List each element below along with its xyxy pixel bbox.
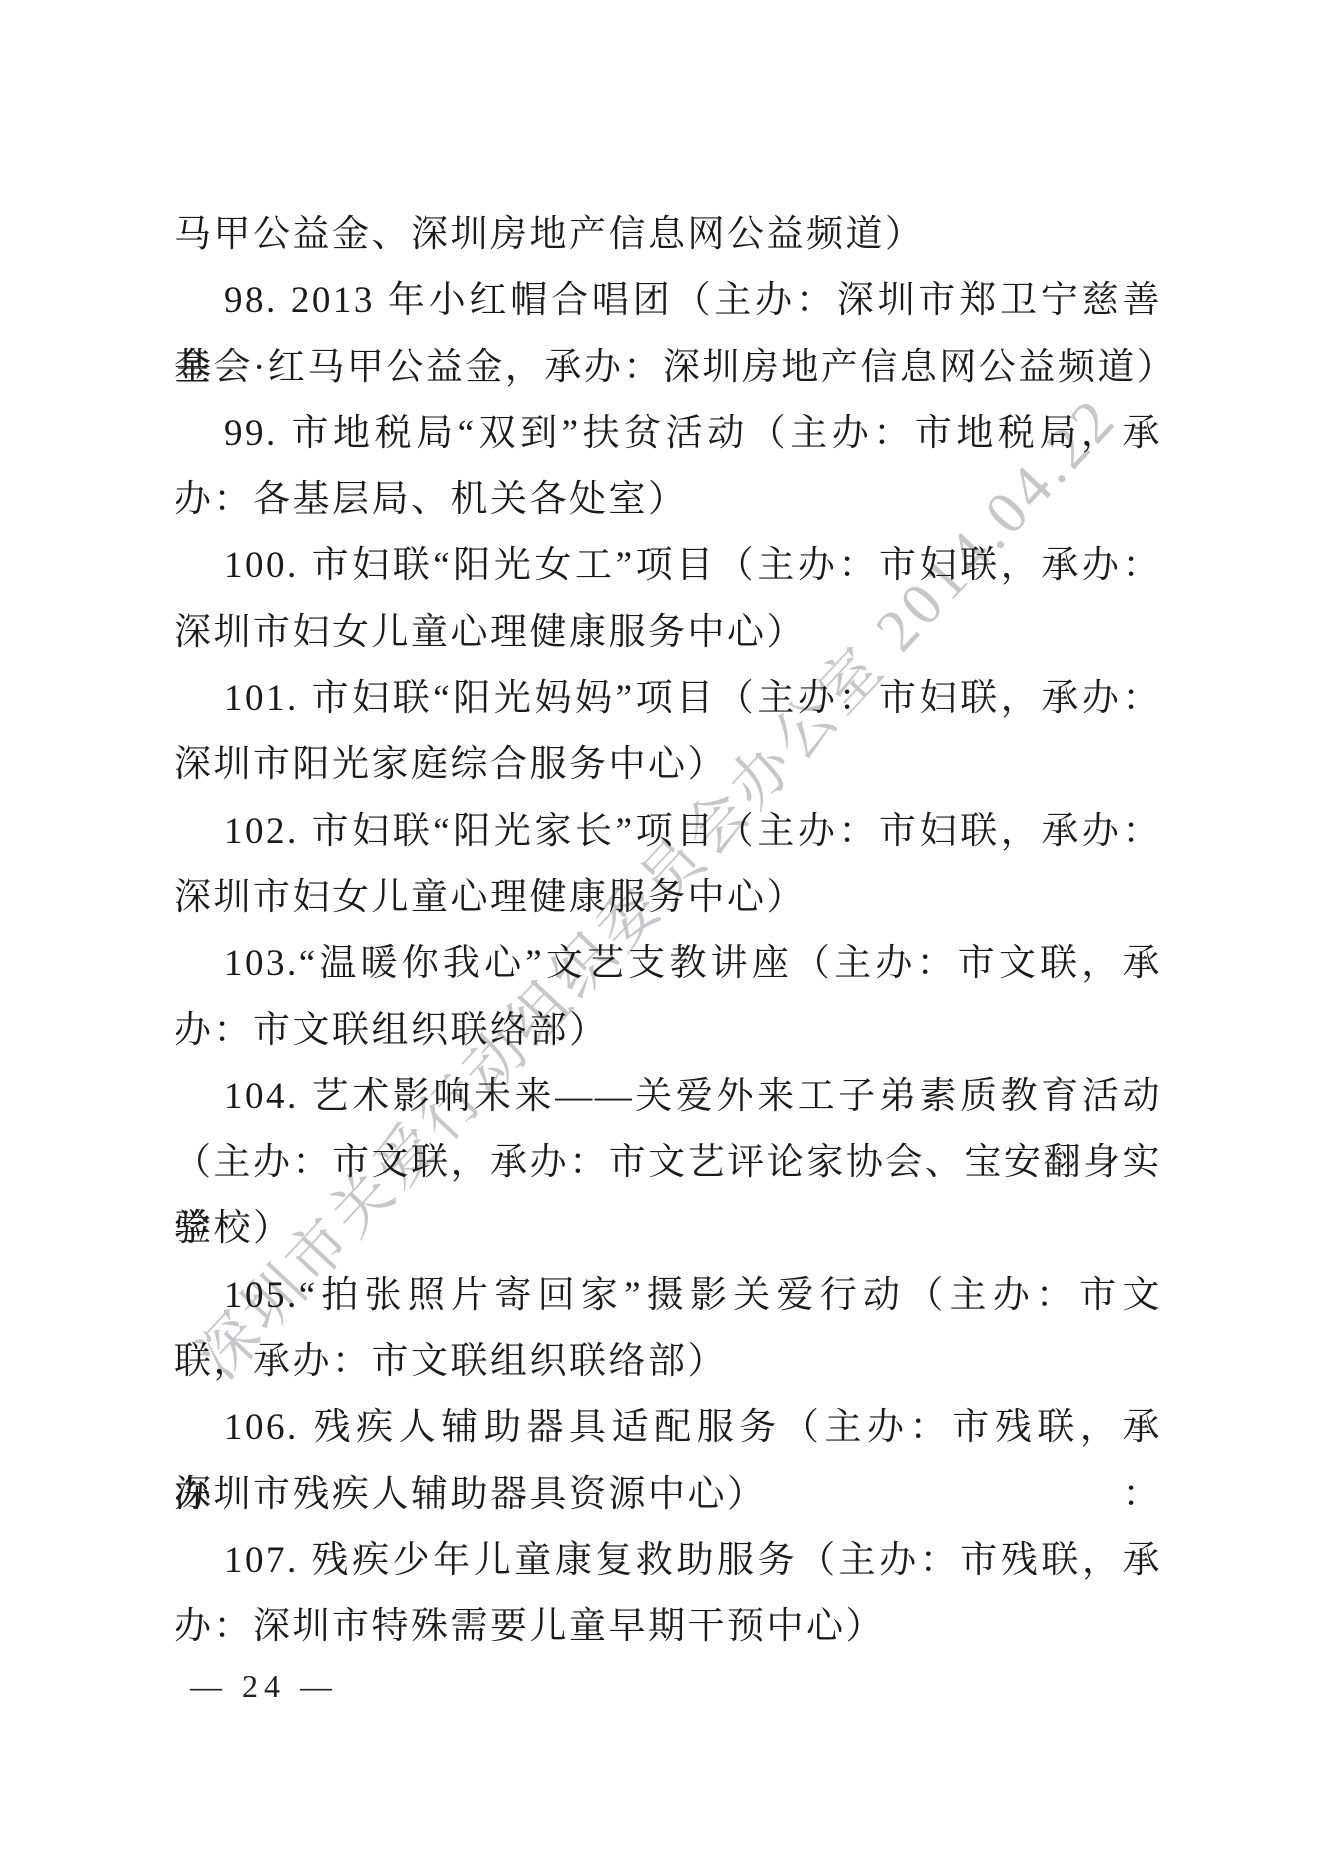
text-line: 深圳市妇女儿童心理健康服务中心） — [174, 600, 1162, 666]
text-line: 100. 市妇联“阳光女工”项目（主办：市妇联，承办： — [174, 533, 1162, 599]
text-line: 107. 残疾少年儿童康复救助服务（主办：市残联，承 — [174, 1528, 1162, 1594]
text-line: 104. 艺术影响未来——关爱外来工子弟素质教育活动 — [174, 1064, 1162, 1130]
page-number: — 24 — — [190, 1668, 338, 1705]
text-line: 学校） — [174, 1196, 1162, 1262]
text-line: 金会·红马甲公益金，承办：深圳房地产信息网公益频道） — [174, 335, 1162, 401]
text-line: （主办：市文联，承办：市文艺评论家协会、宝安翻身实验 — [174, 1130, 1162, 1196]
text-line: 98. 2013 年小红帽合唱团（主办：深圳市郑卫宁慈善基 — [174, 268, 1162, 334]
text-line: 101. 市妇联“阳光妈妈”项目（主办：市妇联，承办： — [174, 666, 1162, 732]
text-line: 102. 市妇联“阳光家长”项目（主办：市妇联，承办： — [174, 799, 1162, 865]
document-body: 马甲公益金、深圳房地产信息网公益频道）98. 2013 年小红帽合唱团（主办：深… — [174, 202, 1162, 1661]
text-line: 深圳市妇女儿童心理健康服务中心） — [174, 865, 1162, 931]
text-line: 联，承办：市文联组织联络部） — [174, 1329, 1162, 1395]
text-line: 103.“温暖你我心”文艺支教讲座（主办：市文联，承 — [174, 931, 1162, 997]
text-line: 105.“拍张照片寄回家”摄影关爱行动（主办：市文 — [174, 1263, 1162, 1329]
text-line: 深圳市阳光家庭综合服务中心） — [174, 732, 1162, 798]
text-line: 马甲公益金、深圳房地产信息网公益频道） — [174, 202, 1162, 268]
text-line: 办：各基层局、机关各处室） — [174, 467, 1162, 533]
text-line: 办：市文联组织联络部） — [174, 998, 1162, 1064]
document-page: 深圳市关爱行动组织委员会办公室 2014.04.22 马甲公益金、深圳房地产信息… — [0, 0, 1323, 1871]
text-line: 办：深圳市特殊需要儿童早期干预中心） — [174, 1594, 1162, 1660]
text-line: 99. 市地税局“双到”扶贫活动（主办：市地税局，承 — [174, 401, 1162, 467]
text-line: 106. 残疾人辅助器具适配服务（主办：市残联，承办： — [174, 1395, 1162, 1461]
